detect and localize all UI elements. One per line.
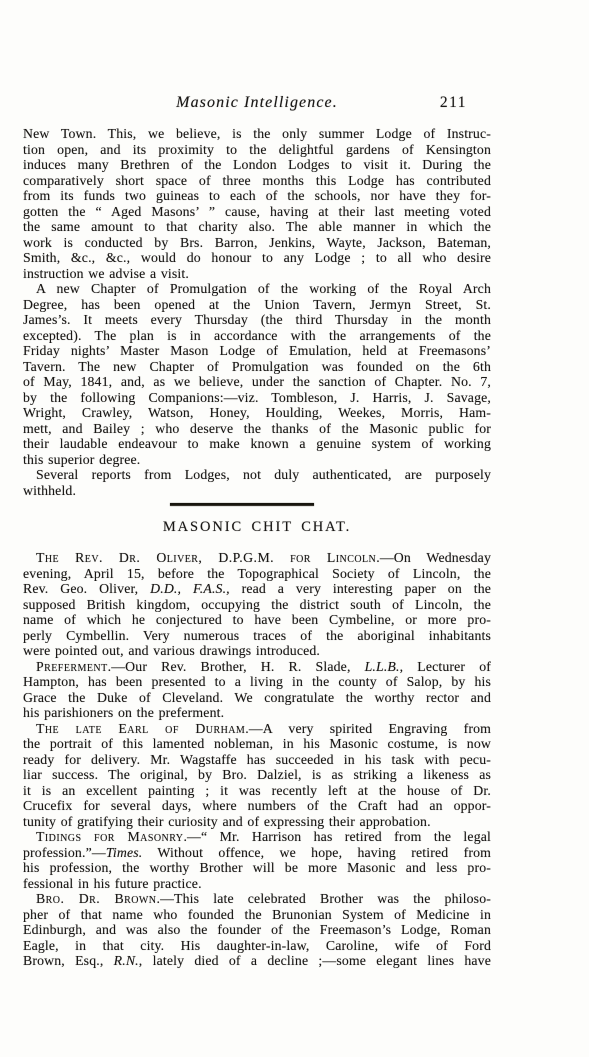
text-segment: L.L.B.	[365, 659, 400, 674]
text-line: pher of that name who founded the Brunon…	[23, 907, 491, 923]
text-line: the portrait of this lamented nobleman, …	[23, 736, 491, 752]
text-line: Edinburgh, and was also the founder of t…	[23, 922, 491, 938]
text-line: mett, and Bailey ; who deserve the thank…	[23, 421, 491, 437]
text-segment: Wright, Crawley, Watson, Honey, Houlding…	[23, 405, 491, 420]
text-segment: Eagle, in that city. His daughter-in-law…	[23, 938, 491, 953]
paragraph: Preferment.—Our Rev. Brother, H. R. Slad…	[23, 659, 491, 721]
text-segment: .—Our Rev. Brother, H. R. Slade,	[108, 659, 365, 674]
text-segment: mett, and Bailey ; who deserve the thank…	[23, 421, 491, 436]
section-heading: MASONIC CHIT CHAT.	[23, 518, 491, 536]
text-segment: by the following Companions:—viz. Tomble…	[23, 390, 491, 405]
text-segment: .—A very spirited Engraving from	[245, 721, 491, 736]
text-line: tunity of gratifying their curiosity and…	[23, 814, 491, 830]
chit-chat-paragraphs: The Rev. Dr. Oliver, D.P.G.M. for Lincol…	[23, 550, 491, 969]
text-segment: the portrait of this lamented nobleman, …	[23, 736, 491, 751]
text-line: the same amount to that charity also. Th…	[23, 219, 491, 235]
text-segment: Tavern. The new Chapter of Promulgation …	[23, 359, 491, 374]
text-segment: .—“ Mr. Harrison has retired from the le…	[183, 829, 491, 844]
text-segment: , lately died of a decline ;—some elegan…	[139, 953, 491, 968]
text-segment: supposed British kingdom, occupying the …	[23, 597, 491, 612]
text-line: A new Chapter of Promulgation of the wor…	[23, 281, 491, 297]
paragraph: Bro. Dr. Brown.—This late celebrated Bro…	[23, 891, 491, 969]
text-segment: fessional in his future practice.	[23, 876, 202, 891]
text-line: his profession, the worthy Brother will …	[23, 860, 491, 876]
paragraph: The Rev. Dr. Oliver, D.P.G.M. for Lincol…	[23, 550, 491, 659]
text-line: Grace the Duke of Cleveland. We congratu…	[23, 690, 491, 706]
text-column: Masonic Intelligence. 211 New Town. This…	[23, 93, 491, 969]
text-segment: A new Chapter of Promulgation of the wor…	[36, 281, 491, 296]
text-line: The Rev. Dr. Oliver, D.P.G.M. for Lincol…	[23, 550, 491, 566]
text-line: Friday nights’ Master Mason Lodge of Emu…	[23, 343, 491, 359]
text-line: this superior degree.	[23, 452, 491, 468]
text-segment: .—On Wednesday	[376, 550, 491, 565]
text-segment: Degree, has been opened at the Union Tav…	[23, 297, 491, 312]
text-segment: Rev. Geo. Oliver,	[23, 581, 150, 596]
text-line: withheld.	[23, 483, 491, 499]
text-line: were pointed out, and various drawings i…	[23, 643, 491, 659]
text-line: Rev. Geo. Oliver, D.D., F.A.S., read a v…	[23, 581, 491, 597]
text-line: Several reports from Lodges, not duly au…	[23, 467, 491, 483]
text-segment: Edinburgh, and was also the founder of t…	[23, 922, 491, 937]
text-segment: Preferment	[36, 659, 108, 674]
text-segment: Friday nights’ Master Mason Lodge of Emu…	[23, 343, 491, 358]
text-line: Tidings for Masonry.—“ Mr. Harrison has …	[23, 829, 491, 845]
text-segment: from its funds two guineas to each of th…	[23, 188, 491, 203]
text-segment: of May, 1841, and, as we believe, under …	[23, 374, 491, 389]
text-segment: Times.	[106, 845, 143, 860]
text-line: gotten the “ Aged Masons’ ” cause, havin…	[23, 204, 491, 220]
text-segment: evening, April 15, before the Topographi…	[23, 566, 491, 581]
text-segment: induces many Brethren of the London Lodg…	[23, 157, 491, 172]
text-line: induces many Brethren of the London Lodg…	[23, 157, 491, 173]
text-line: name of which he conjectured to have bee…	[23, 612, 491, 628]
text-segment: his parishioners on the preferment.	[23, 705, 224, 720]
text-segment: name of which he conjectured to have bee…	[23, 612, 491, 627]
text-line: New Town. This, we believe, is the only …	[23, 126, 491, 142]
text-segment: James’s. It meets every Thursday (the th…	[23, 312, 491, 327]
text-line: Eagle, in that city. His daughter-in-law…	[23, 938, 491, 954]
text-segment: Without offence, we hope, having retired…	[142, 845, 491, 860]
text-segment: the same amount to that charity also. Th…	[23, 219, 491, 234]
text-segment: work is conducted by Brs. Barron, Jenkin…	[23, 235, 491, 250]
text-line: instruction we advise a visit.	[23, 266, 491, 282]
scanned-page: Masonic Intelligence. 211 New Town. This…	[0, 0, 589, 1057]
text-line: Smith, &c., &c., would do honour to any …	[23, 250, 491, 266]
text-segment: Crucefix for several days, where numbers…	[23, 798, 491, 813]
text-line: Brown, Esq., R.N., lately died of a decl…	[23, 953, 491, 969]
text-line: Wright, Crawley, Watson, Honey, Houlding…	[23, 405, 491, 421]
text-line: Tavern. The new Chapter of Promulgation …	[23, 359, 491, 375]
text-line: profession.”—Times. Without offence, we …	[23, 845, 491, 861]
text-segment: it is an excellent painting ; it was rec…	[23, 783, 491, 798]
text-line: tion open, and its proximity to the deli…	[23, 142, 491, 158]
text-line: of May, 1841, and, as we believe, under …	[23, 374, 491, 390]
text-line: from its funds two guineas to each of th…	[23, 188, 491, 204]
text-segment: instruction we advise a visit.	[23, 266, 189, 281]
text-line: it is an excellent painting ; it was rec…	[23, 783, 491, 799]
intelligence-paragraphs: New Town. This, we believe, is the only …	[23, 126, 491, 498]
text-segment: New Town. This, we believe, is the only …	[23, 126, 491, 141]
text-line: Preferment.—Our Rev. Brother, H. R. Slad…	[23, 659, 491, 675]
text-segment: perly Cymbellin. Very numerous traces of…	[23, 628, 491, 643]
text-segment: D.D., F.A.S.,	[150, 581, 230, 596]
text-segment: pher of that name who founded the Brunon…	[23, 907, 491, 922]
paragraph: Several reports from Lodges, not duly au…	[23, 467, 491, 498]
text-segment: The Rev. Dr. Oliver, D.P.G.M. for Lincol…	[36, 550, 376, 565]
text-line: supposed British kingdom, occupying the …	[23, 597, 491, 613]
text-segment: Bro. Dr. Brown	[36, 891, 156, 906]
text-line: evening, April 15, before the Topographi…	[23, 566, 491, 582]
text-line: Crucefix for several days, where numbers…	[23, 798, 491, 814]
text-line: The late Earl of Durham.—A very spirited…	[23, 721, 491, 737]
text-line: excepted). The plan is in accordance wit…	[23, 328, 491, 344]
text-segment: The late Earl of Durham	[36, 721, 245, 736]
text-segment: gotten the “ Aged Masons’ ” cause, havin…	[23, 204, 491, 219]
text-line: Bro. Dr. Brown.—This late celebrated Bro…	[23, 891, 491, 907]
text-segment: Brown, Esq.,	[23, 953, 114, 968]
text-segment: this superior degree.	[23, 452, 140, 467]
text-line: their laudable endeavour to make known a…	[23, 436, 491, 452]
text-segment: were pointed out, and various drawings i…	[23, 643, 320, 658]
text-line: Hampton, has been presented to a living …	[23, 674, 491, 690]
text-line: James’s. It meets every Thursday (the th…	[23, 312, 491, 328]
text-segment: Several reports from Lodges, not duly au…	[36, 467, 491, 482]
text-segment: Smith, &c., &c., would do honour to any …	[23, 250, 491, 265]
text-line: liar success. The original, by Bro. Dalz…	[23, 767, 491, 783]
text-segment: tunity of gratifying their curiosity and…	[23, 814, 431, 829]
text-segment: R.N.	[114, 953, 139, 968]
text-segment: , Lecturer of	[400, 659, 491, 674]
paragraph: A new Chapter of Promulgation of the wor…	[23, 281, 491, 467]
text-line: perly Cymbellin. Very numerous traces of…	[23, 628, 491, 644]
section-divider	[170, 503, 314, 506]
text-segment: withheld.	[23, 483, 76, 498]
text-line: his parishioners on the preferment.	[23, 705, 491, 721]
text-segment: Tidings for Masonry	[36, 829, 183, 844]
text-line: Degree, has been opened at the Union Tav…	[23, 297, 491, 313]
paragraph: The late Earl of Durham.—A very spirited…	[23, 721, 491, 830]
text-segment: liar success. The original, by Bro. Dalz…	[23, 767, 491, 782]
text-segment: Grace the Duke of Cleveland. We congratu…	[23, 690, 491, 705]
text-line: fessional in his future practice.	[23, 876, 491, 892]
text-segment: his profession, the worthy Brother will …	[23, 860, 491, 875]
text-segment: tion open, and its proximity to the deli…	[23, 142, 491, 157]
text-segment: read a very interesting paper on the	[230, 581, 491, 596]
running-header: Masonic Intelligence. 211	[23, 93, 491, 112]
text-segment: their laudable endeavour to make known a…	[23, 436, 491, 451]
text-segment: profession.”—	[23, 845, 106, 860]
text-line: ready for delivery. Mr. Wagstaffe has su…	[23, 752, 491, 768]
running-header-title: Masonic Intelligence.	[23, 93, 491, 112]
paragraph: New Town. This, we believe, is the only …	[23, 126, 491, 281]
text-segment: excepted). The plan is in accordance wit…	[23, 328, 491, 343]
text-line: comparatively short space of three month…	[23, 173, 491, 189]
page-number: 211	[440, 93, 467, 112]
text-segment: Hampton, has been presented to a living …	[23, 674, 491, 689]
text-line: by the following Companions:—viz. Tomble…	[23, 390, 491, 406]
paragraph: Tidings for Masonry.—“ Mr. Harrison has …	[23, 829, 491, 891]
text-segment: ready for delivery. Mr. Wagstaffe has su…	[23, 752, 491, 767]
text-segment: comparatively short space of three month…	[23, 173, 491, 188]
text-segment: .—This late celebrated Brother was the p…	[156, 891, 491, 906]
text-line: work is conducted by Brs. Barron, Jenkin…	[23, 235, 491, 251]
